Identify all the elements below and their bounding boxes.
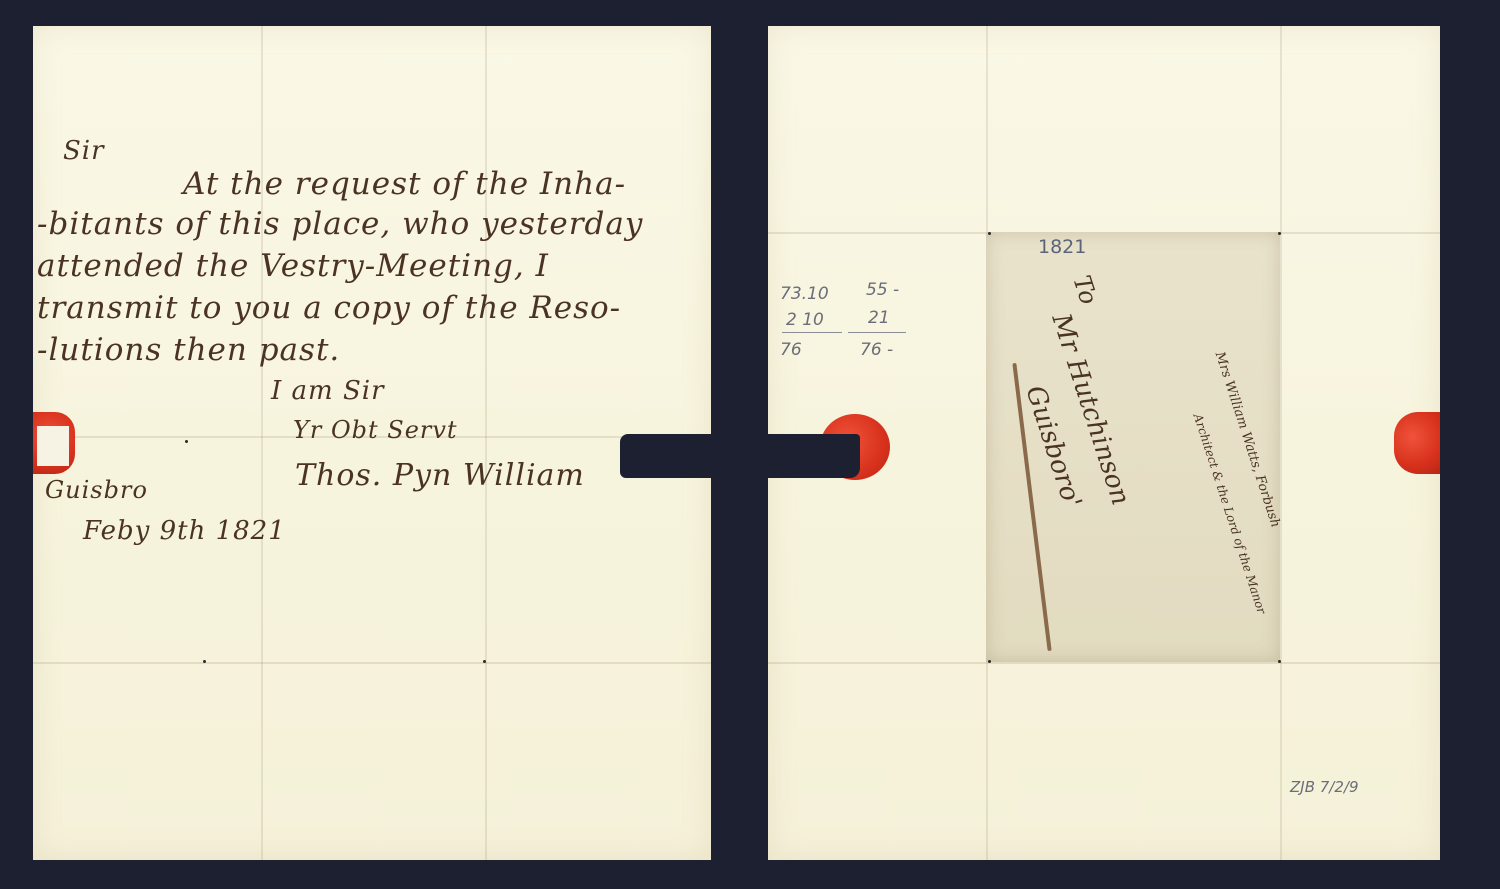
fold-line (485, 26, 487, 860)
address-annotation-2: Architect & the Lord of the Manor (1191, 412, 1269, 616)
body-line-2: -bitants of this place, who yesterday (37, 206, 643, 242)
pin-hole (988, 660, 991, 663)
salutation: Sir (63, 136, 105, 166)
seal-paper-fragment (37, 426, 69, 466)
body-line-5: -lutions then past. (37, 332, 340, 368)
pin-hole (185, 440, 188, 443)
sum-rule (848, 332, 906, 333)
letter-date: Feby 9th 1821 (83, 516, 286, 546)
pin-hole (483, 660, 486, 663)
closing-line-1: I am Sir (271, 376, 385, 406)
fold-line (1280, 26, 1282, 860)
place-name: Guisbro (45, 476, 148, 504)
body-line-1: At the request of the Inha- (183, 166, 626, 202)
fold-line (768, 662, 1440, 664)
archive-reference: ZJB 7/2/9 (1290, 778, 1359, 796)
letter-recto-sheet: Sir At the request of the Inha- -bitants… (33, 26, 711, 860)
signature: Thos. Pyn William (295, 458, 585, 493)
address-to: To (1067, 272, 1102, 308)
pin-hole (988, 232, 991, 235)
body-line-4: transmit to you a copy of the Reso- (37, 290, 621, 326)
wax-seal (1394, 412, 1440, 474)
pin-hole (203, 660, 206, 663)
pin-hole (1278, 660, 1281, 663)
pencil-sum-col1-row2: 2 10 (786, 310, 824, 330)
pencil-sum-col1-total: 76 (780, 340, 802, 360)
pencil-sum-col2-row1: 55 - (866, 280, 899, 300)
pin-hole (1278, 232, 1281, 235)
body-line-3: attended the Vestry-Meeting, I (37, 248, 549, 284)
closing-line-2: Yr Obt Servt (293, 416, 458, 444)
torn-gap (620, 434, 860, 478)
pencil-sum-col2-total: 76 - (860, 340, 893, 360)
fold-line (33, 662, 711, 664)
fold-line (261, 26, 263, 860)
sum-rule (782, 332, 842, 333)
pencil-sum-col1-row1: 73.10 (780, 284, 829, 304)
pencil-sum-col2-row2: 21 (868, 308, 890, 328)
letter-verso-sheet: 73.10 2 10 76 55 - 21 76 - 1821 To Mr Hu… (768, 26, 1440, 860)
year-note: 1821 (1038, 236, 1086, 258)
address-panel: 1821 To Mr Hutchinson Guisboro' Mrs Will… (986, 232, 1280, 662)
